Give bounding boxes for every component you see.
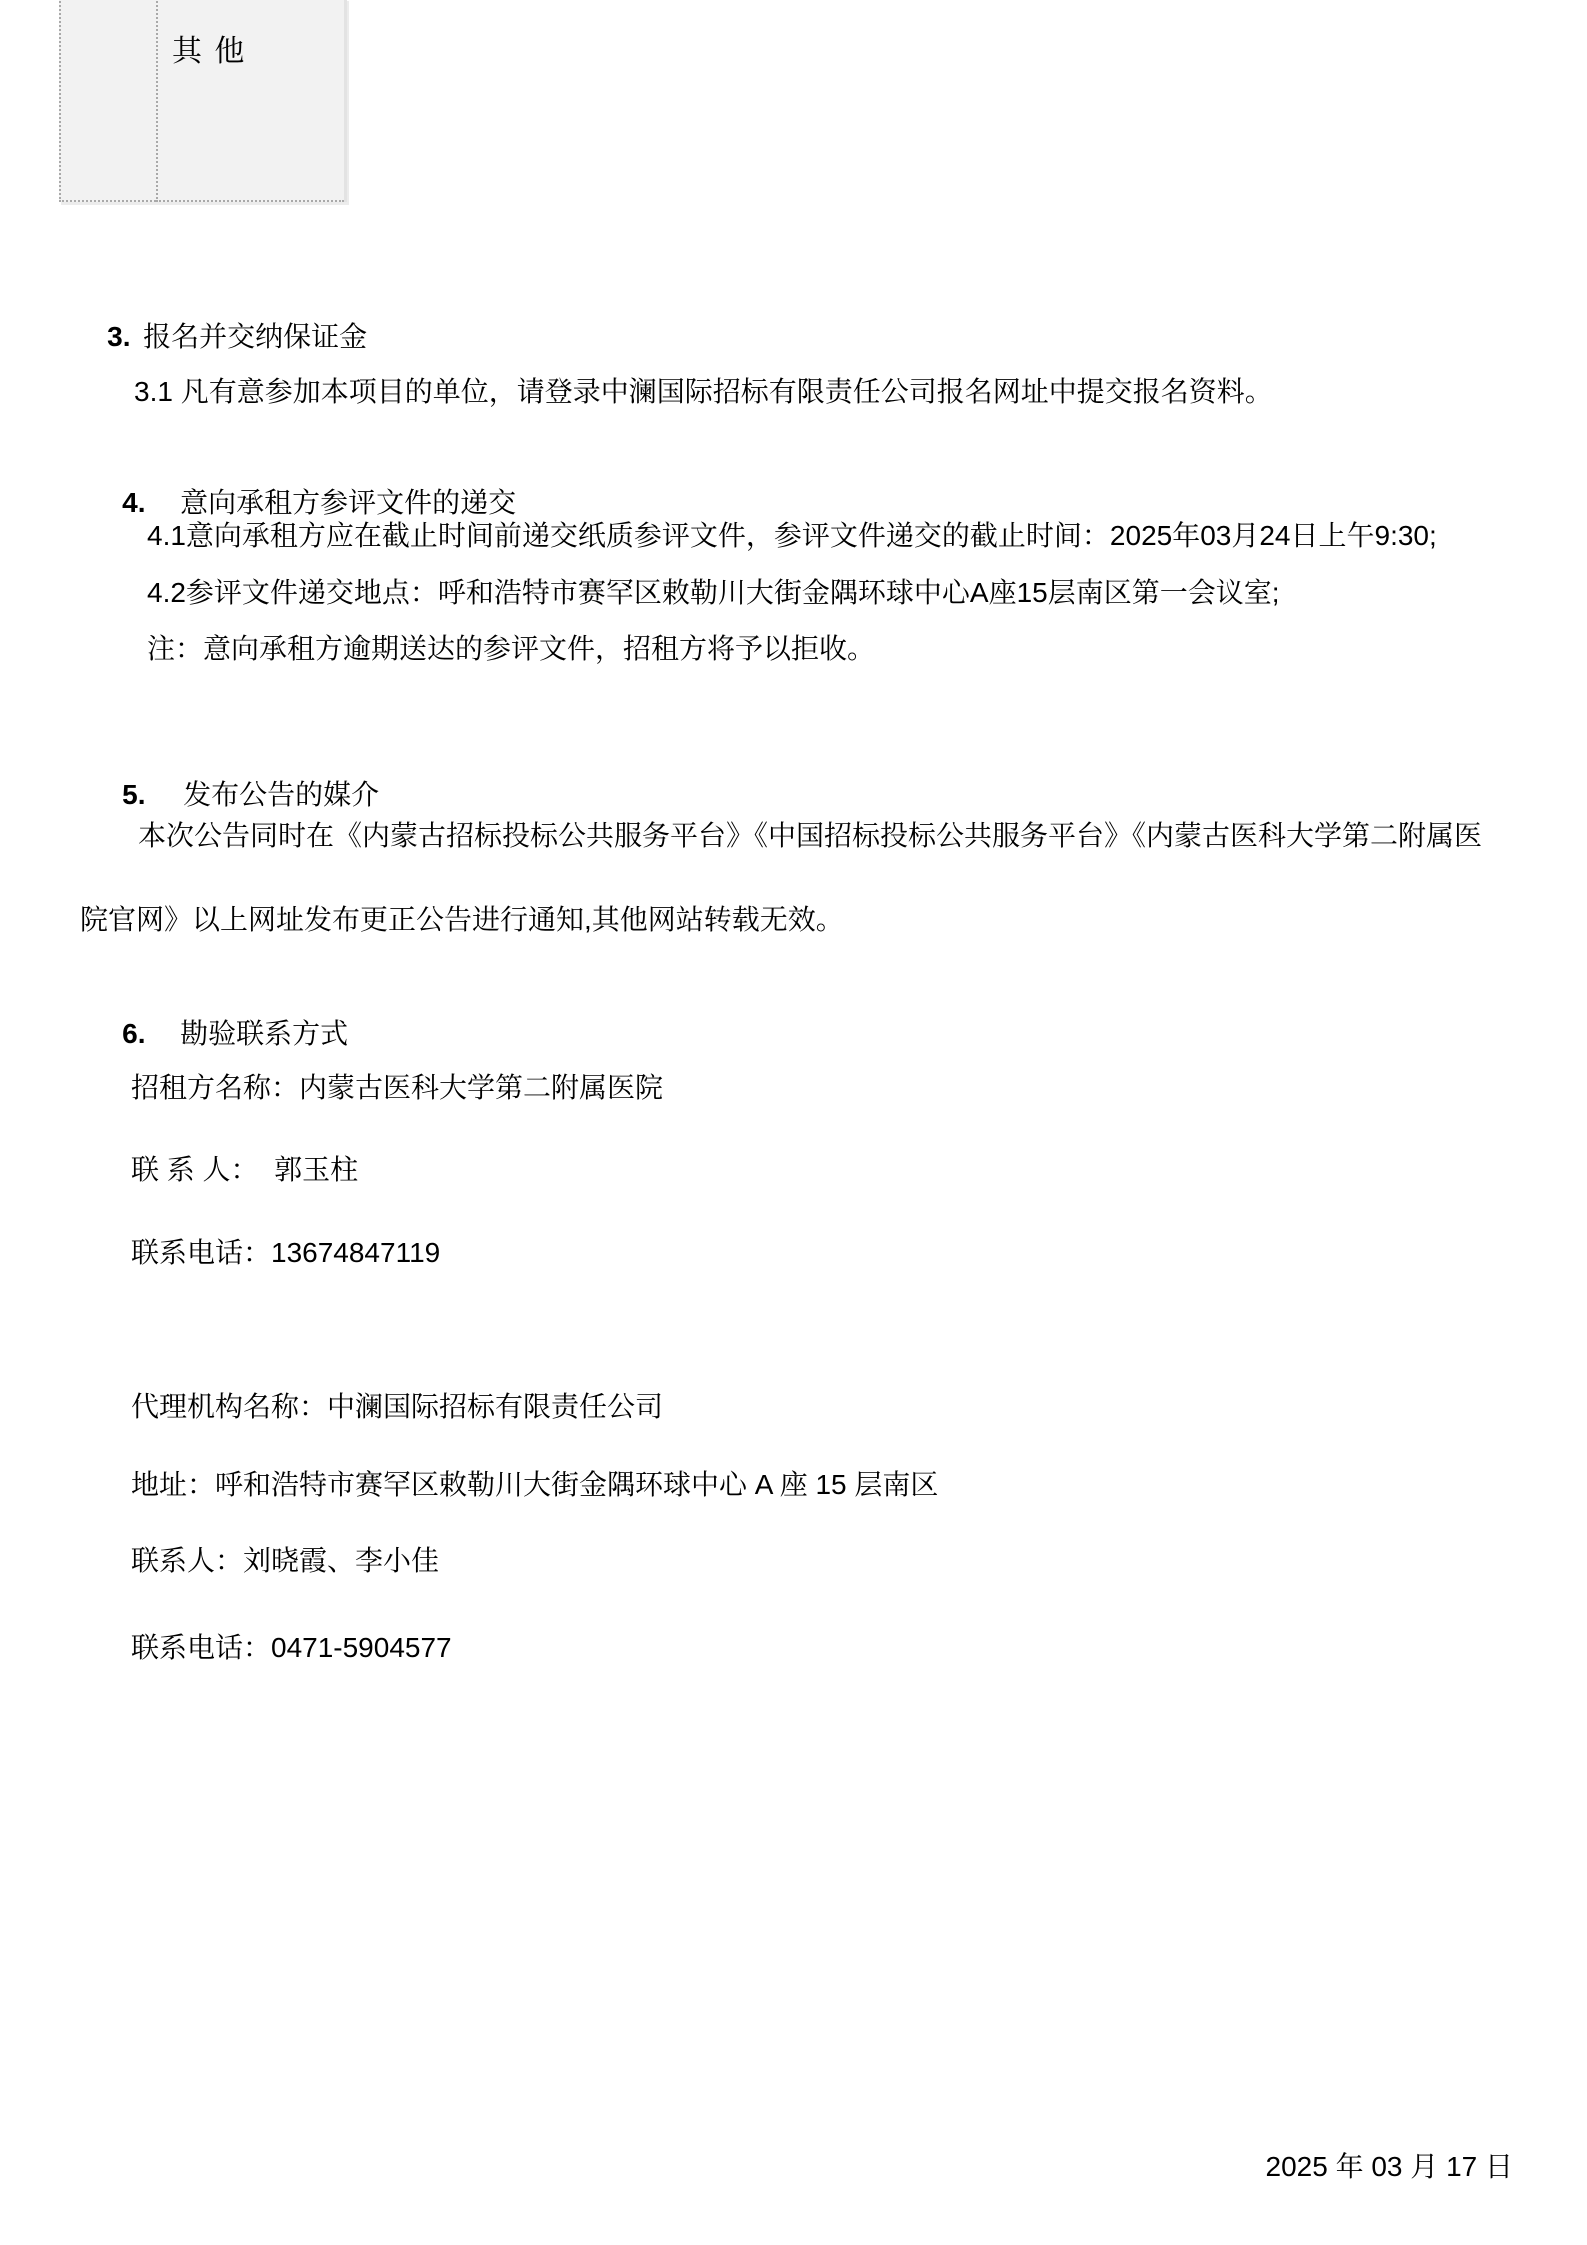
agency-contact-person-line: 联系人：刘晓霞、李小佳 (131, 1544, 439, 1578)
table-fragment: 其 他 (59, 0, 347, 202)
agency-phone-line: 联系电话：0471-5904577 (131, 1631, 452, 1665)
section-3-title: 报名并交纳保证金 (143, 321, 367, 352)
section-4-number: 4. (122, 486, 180, 520)
section-4-title: 意向承租方参评文件的递交 (180, 487, 516, 518)
table-cell-other: 其 他 (156, 0, 344, 202)
section-3-number: 3. (107, 320, 143, 354)
section-6-title: 勘验联系方式 (180, 1018, 348, 1049)
section-4-item-1: 4.1意向承租方应在截止时间前递交纸质参评文件，参评文件递交的截止时间：2025… (147, 519, 1437, 553)
section-6-heading: 6.勘验联系方式 (91, 983, 348, 1085)
lessor-contact-person-line: 联 系 人： 郭玉柱 (131, 1153, 358, 1187)
agency-name-line: 代理机构名称：中澜国际招标有限责任公司 (131, 1390, 663, 1424)
section-3-item-1: 3.1 凡有意参加本项目的单位，请登录中澜国际招标有限责任公司报名网址中提交报名… (134, 375, 1273, 409)
document-page: 其 他 3.报名并交纳保证金 3.1 凡有意参加本项目的单位，请登录中澜国际招标… (0, 0, 1587, 2245)
section-3-heading: 3.报名并交纳保证金 (76, 286, 367, 388)
section-6-number: 6. (122, 1017, 180, 1051)
section-4-item-2: 4.2参评文件递交地点：呼和浩特市赛罕区敕勒川大街金隅环球中心A座15层南区第一… (147, 576, 1280, 610)
table-cell-empty (59, 0, 156, 202)
lessor-phone-line: 联系电话：13674847119 (131, 1236, 440, 1270)
lessor-name-line: 招租方名称：内蒙古医科大学第二附属医院 (131, 1071, 663, 1105)
section-4-note: 注：意向承租方逾期送达的参评文件，招租方将予以拒收。 (147, 632, 875, 666)
section-5-paragraph: 本次公告同时在《内蒙古招标投标公共服务平台》《中国招标投标公共服务平台》《内蒙古… (80, 794, 1560, 962)
document-date: 2025 年 03 月 17 日 (1266, 2150, 1513, 2184)
agency-address-line: 地址：呼和浩特市赛罕区敕勒川大街金隅环球中心 A 座 15 层南区 (131, 1468, 938, 1502)
